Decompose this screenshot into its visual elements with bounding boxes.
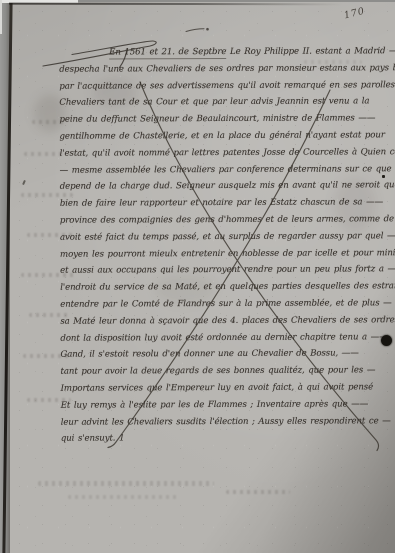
manuscript-line: moyen les pourront mieulx entretenir en …: [60, 245, 380, 263]
manuscript-line: dont la disposition luy avoit esté ordon…: [60, 329, 380, 347]
bleed-through-text: [38, 481, 214, 486]
manuscript-line: peine du deffunct Seigneur de Beaulainco…: [59, 110, 379, 128]
manuscript-line: Et luy remys à l'eslite par les de Flamm…: [61, 396, 381, 414]
manuscript-line: par l'acquittance de ses advertissemens …: [59, 77, 379, 95]
manuscript-line: sa Maté leur donna à sçavoir que des 4. …: [60, 312, 380, 330]
manuscript-line: bien de faire leur rapporteur et notaire…: [60, 194, 380, 212]
manuscript-line: qui s'ensuyt. 1: [61, 430, 381, 448]
manuscript-lines: despecha l'une aux Chevaliers de ses ord…: [59, 60, 381, 448]
bleed-through-text: [68, 495, 178, 499]
manuscript-line: province des compaignies des gens d'homm…: [60, 211, 380, 229]
manuscript-line: et aussi aux occupans qui les pourroyent…: [60, 262, 380, 280]
manuscript-line: gentilhomme de Chastellerie, et en la pl…: [59, 127, 379, 145]
heading-date: En 1561 et 21. de Septbre: [109, 47, 226, 59]
manuscript-text: En 1561 et 21. de Septbre Le Roy Philipp…: [59, 43, 381, 448]
manuscript-line: leur advint les Chevaliers susdits l'éle…: [61, 413, 381, 431]
page-edge-highlight: [0, 0, 2, 34]
manuscript-line: entendre par le Comté de Flandres sur à …: [60, 295, 380, 313]
manuscript-scan: 170 En 1561 et 21. de Septbre Le Roy Phi…: [0, 0, 395, 553]
manuscript-line: l'estat, qu'il avoit nommé par lettres p…: [60, 144, 380, 162]
heading-text: Le Roy Philippe II. estant a Madrid —: [226, 46, 395, 57]
manuscript-line: despecha l'une aux Chevaliers de ses ord…: [59, 60, 379, 78]
ink-speck: [382, 175, 385, 178]
bleed-through-text: [226, 490, 290, 494]
manuscript-line: tant pour avoir la deue regards de ses b…: [61, 362, 381, 380]
ink-blot: [381, 335, 392, 346]
manuscript-line: avoit esté faict du temps passé, et au s…: [60, 228, 380, 246]
manuscript-line: Gand, il s'estoit resolu d'en donner une…: [60, 346, 380, 364]
manuscript-line: — mesme assemblée les Chevaliers par con…: [60, 161, 380, 179]
manuscript-line: Importans services que l'Empereur luy en…: [61, 379, 381, 397]
manuscript-line: l'endroit du service de sa Maté, et en q…: [60, 278, 380, 296]
manuscript-line: Chevaliers tant de sa Cour et que par le…: [59, 94, 379, 112]
manuscript-heading: En 1561 et 21. de Septbre Le Roy Philipp…: [59, 43, 379, 61]
manuscript-line: depend de la charge dud. Seigneur ausque…: [60, 178, 380, 196]
